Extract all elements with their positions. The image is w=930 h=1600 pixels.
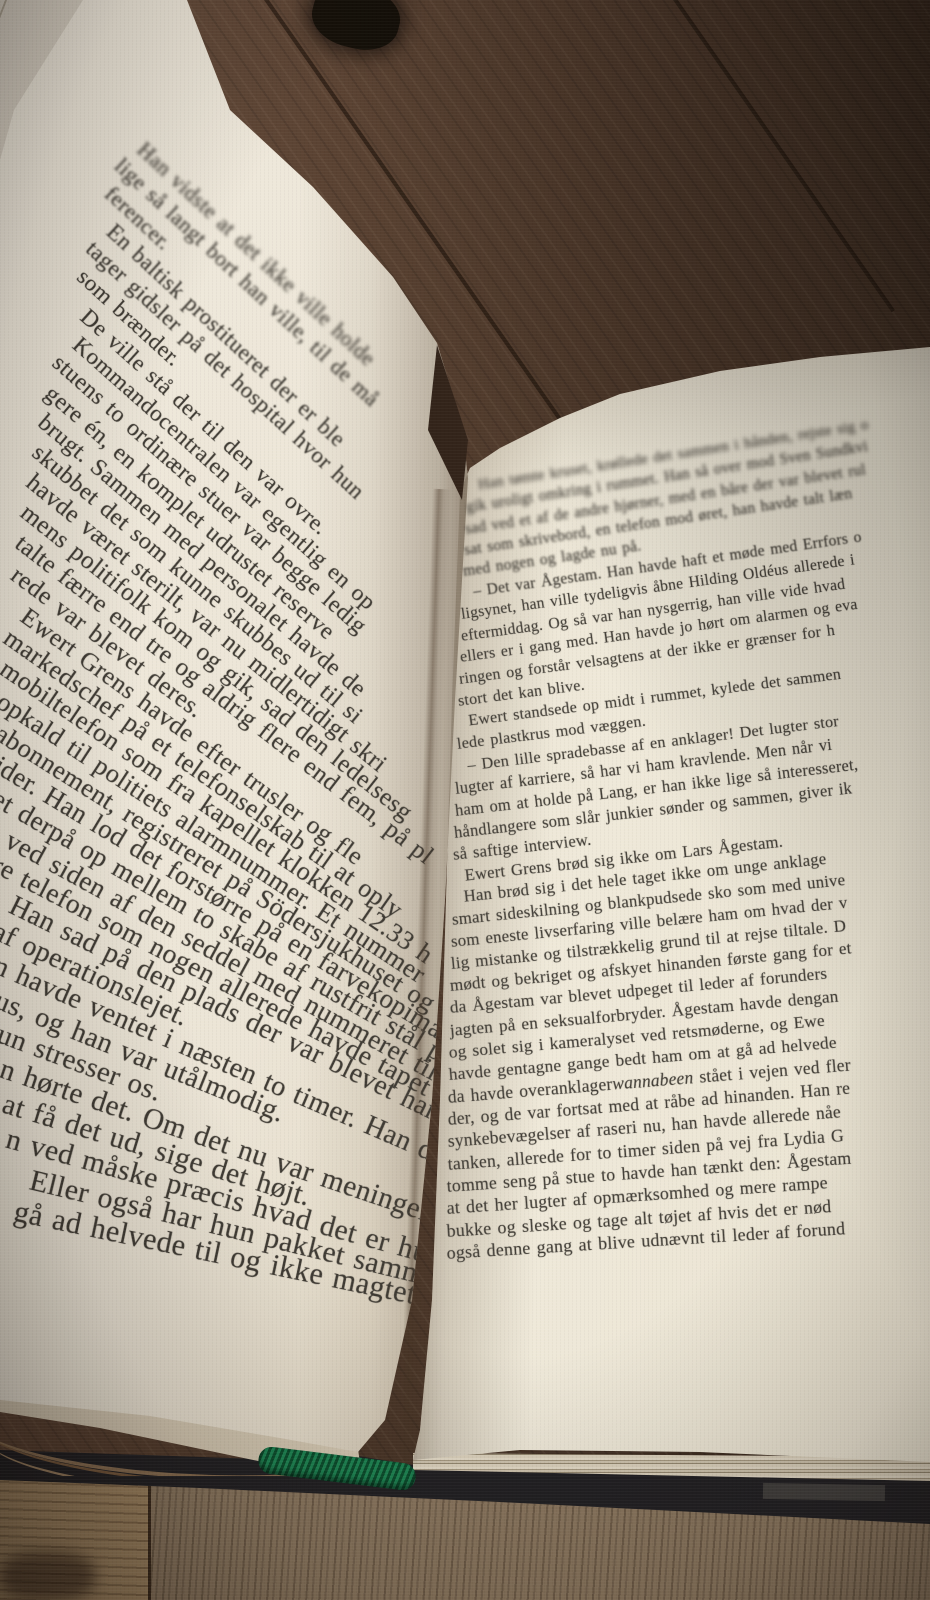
cover-sheen (763, 1483, 885, 1501)
photo-open-book-on-wood-floor: { "book": { "left_page": { "lines": [ " … (0, 0, 930, 1600)
floor-shadow (0, 1552, 95, 1600)
